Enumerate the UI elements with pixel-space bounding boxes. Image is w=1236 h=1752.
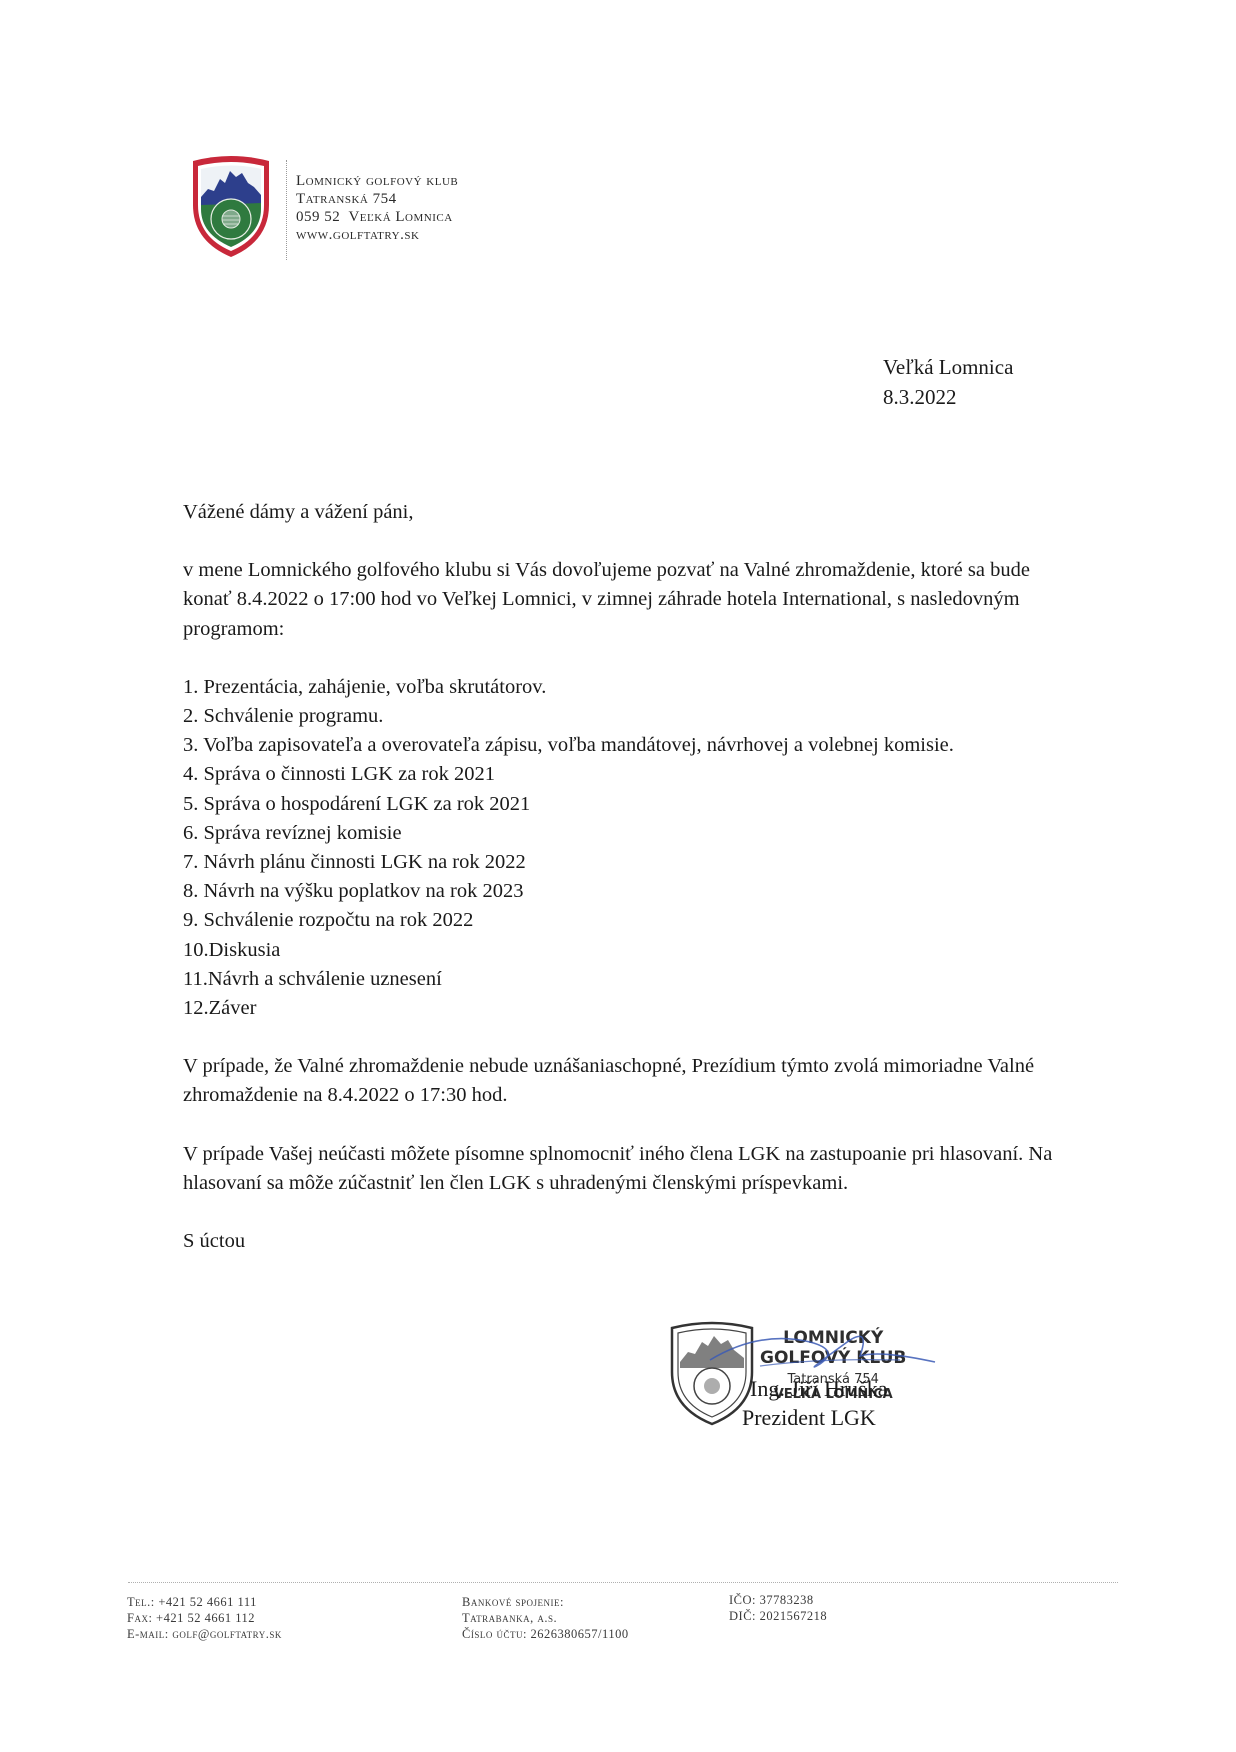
salutation: Vážené dámy a vážení páni,: [183, 498, 1083, 527]
letter-body: Vážené dámy a vážení páni, v mene Lomnic…: [183, 498, 1083, 1256]
agenda-item: 3. Voľba zapisovateľa a overovateľa zápi…: [183, 731, 1083, 760]
quorum-paragraph: V prípade, že Valné zhromaždenie nebude …: [183, 1052, 1083, 1110]
agenda-item: 11.Návrh a schválenie uznesení: [183, 965, 1083, 994]
closing: S úctou: [183, 1227, 1083, 1256]
intro-paragraph: v mene Lomnického golfového klubu si Vás…: [183, 556, 1083, 644]
signatory-role: Prezident LGK: [742, 1405, 876, 1431]
club-street: Tatranská 754: [296, 190, 458, 208]
club-city: 059 52 Veľká Lomnica: [296, 208, 458, 226]
agenda-item: 5. Správa o hospodárení LGK za rok 2021: [183, 790, 1083, 819]
signatory-name: Ing. Jiří Hruška: [750, 1376, 887, 1402]
footer-fax: Fax: +421 52 4661 112: [127, 1610, 282, 1626]
footer-bank-label: Bankové spojenie:: [462, 1594, 629, 1610]
footer-ids: IČO: 37783238 DIČ: 2021567218: [729, 1592, 827, 1624]
agenda-item: 10.Diskusia: [183, 936, 1083, 965]
agenda-item: 4. Správa o činnosti LGK za rok 2021: [183, 760, 1083, 789]
footer-bank: Bankové spojenie: Tatrabanka, a.s. Číslo…: [462, 1594, 629, 1642]
agenda-item: 9. Schválenie rozpočtu na rok 2022: [183, 906, 1083, 935]
agenda-item: 12.Záver: [183, 994, 1083, 1023]
footer-ico: IČO: 37783238: [729, 1592, 827, 1608]
footer-bank-name: Tatrabanka, a.s.: [462, 1610, 629, 1626]
letterhead-divider: [286, 160, 287, 260]
agenda-list: 1. Prezentácia, zahájenie, voľba skrutát…: [183, 673, 1083, 1023]
footer-phone: Tel.: +421 52 4661 111: [127, 1594, 282, 1610]
letterhead: Lomnický golfový klub Tatranská 754 059 …: [296, 172, 458, 244]
agenda-item: 1. Prezentácia, zahájenie, voľba skrutát…: [183, 673, 1083, 702]
handwritten-signature: [700, 1320, 940, 1380]
footer-dic: DIČ: 2021567218: [729, 1608, 827, 1624]
place-date: Veľká Lomnica 8.3.2022: [883, 352, 1013, 412]
footer-contact: Tel.: +421 52 4661 111 Fax: +421 52 4661…: [127, 1594, 282, 1642]
agenda-item: 6. Správa revíznej komisie: [183, 819, 1083, 848]
letter-place: Veľká Lomnica: [883, 352, 1013, 382]
letter-date: 8.3.2022: [883, 382, 1013, 412]
proxy-paragraph: V prípade Vašej neúčasti môžete písomne …: [183, 1140, 1083, 1198]
footer-divider: [128, 1582, 1118, 1583]
club-crest-icon: [190, 153, 272, 259]
club-name: Lomnický golfový klub: [296, 172, 458, 190]
agenda-item: 2. Schválenie programu.: [183, 702, 1083, 731]
club-website: www.golftatry.sk: [296, 226, 458, 244]
footer-email: E-mail: golf@golftatry.sk: [127, 1626, 282, 1642]
agenda-item: 8. Návrh na výšku poplatkov na rok 2023: [183, 877, 1083, 906]
agenda-item: 7. Návrh plánu činnosti LGK na rok 2022: [183, 848, 1083, 877]
footer-account-number: Číslo účtu: 2626380657/1100: [462, 1626, 629, 1642]
